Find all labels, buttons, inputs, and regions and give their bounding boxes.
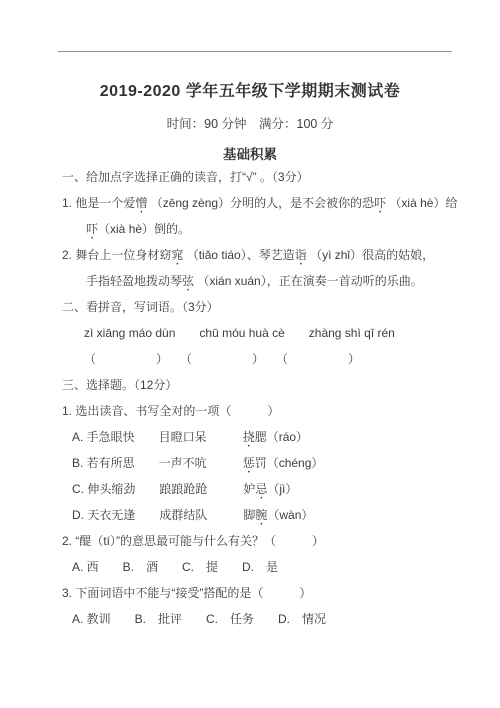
- page-title: 2019-2020 学年五年级下学期期末测试卷: [0, 78, 500, 101]
- text-segment: 手指轻盈地拨动琴: [86, 274, 182, 288]
- exam-meta: 时间：90 分钟 满分：100 分: [0, 114, 500, 132]
- text-segment: 2. 舞台上一位身材窈: [62, 248, 171, 262]
- emphasized-char: 挠: [243, 430, 255, 444]
- text-segment: A. 教训 B. 批评 C. 任务 D. 情况: [72, 612, 326, 626]
- text-segment: （ ） （ ） （ ）: [84, 352, 360, 366]
- q2-line-1: 2. 舞台上一位身材窈窕 （tiǎo tiáo）、琴艺造诣 （yì zhǐ）很高…: [0, 242, 500, 268]
- emphasized-char: 惩: [243, 456, 255, 470]
- text-segment: zì xiāng máo dùn chū móu huà cè zhàng sh…: [84, 326, 395, 340]
- text-segment: D. 天衣无逢 成群结队 脚: [72, 508, 255, 522]
- text-segment: A. 西 B. 酒 C. 提 D. 是: [72, 560, 278, 574]
- emphasized-char: 吓: [374, 196, 386, 210]
- text-segment: 罚（chéng）: [255, 456, 324, 470]
- text-segment: （xián xuán），正在演奏一首动听的乐曲。: [194, 274, 423, 288]
- mc1-option-a: A. 手急眼快 目瞪口呆 挠腮（ráo）: [0, 424, 500, 450]
- mc1-option-c: C. 伸头缩劲 踉踉跄跄 妒忌（jì）: [0, 476, 500, 502]
- text-segment: （xià hè）给: [386, 196, 457, 210]
- exam-body: 一、给加点字选择正确的读音，打“√” 。（3分）1. 他是一个爱憎 （zēng …: [0, 164, 500, 632]
- pinyin-row: zì xiāng máo dùn chū móu huà cè zhàng sh…: [0, 320, 500, 346]
- q1-line-2: 吓（xià hè）倒的。: [0, 216, 500, 242]
- text-segment: 三、选择题。（12分）: [62, 378, 177, 392]
- text-segment: （zēng zèng）分明的人，是不会被你的恐: [147, 196, 374, 210]
- q1-line-1: 1. 他是一个爱憎 （zēng zèng）分明的人，是不会被你的恐吓 （xià …: [0, 190, 500, 216]
- emphasized-char: 窕: [171, 248, 183, 262]
- text-segment: C. 伸头缩劲 踉踉跄跄 妒: [72, 482, 255, 496]
- section2-heading: 二、看拼音，写词语。（3分）: [0, 294, 500, 320]
- mc3-question: 3. 下面词语中不能与“接受”搭配的是（ ）: [0, 580, 500, 606]
- q2-line-2: 手指轻盈地拨动琴弦 （xián xuán），正在演奏一首动听的乐曲。: [0, 268, 500, 294]
- text-segment: （tiǎo tiáo）、琴艺造: [183, 248, 294, 262]
- emphasized-char: 吓: [86, 222, 98, 236]
- section3-heading: 三、选择题。（12分）: [0, 372, 500, 398]
- section1-heading: 一、给加点字选择正确的读音，打“√” 。（3分）: [0, 164, 500, 190]
- answer-brackets-row: （ ） （ ） （ ）: [0, 346, 500, 372]
- text-segment: 2. “醍（tí）”的意思最可能与什么有关？（ ）: [62, 534, 324, 548]
- mc1-option-b: B. 若有所思 一声不吭 惩罚（chéng）: [0, 450, 500, 476]
- text-segment: A. 手急眼快 目瞪口呆: [72, 430, 243, 444]
- text-segment: （xià hè）倒的。: [98, 222, 190, 236]
- text-segment: （wàn）: [267, 508, 313, 522]
- mc3-options: A. 教训 B. 批评 C. 任务 D. 情况: [0, 606, 500, 632]
- text-segment: 腮（ráo）: [255, 430, 308, 444]
- text-segment: 1. 他是一个爱: [62, 196, 135, 210]
- emphasized-char: 憎: [135, 196, 147, 210]
- mc1-question: 1. 选出读音、书写全对的一项（ ）: [0, 398, 500, 424]
- emphasized-char: 忌: [255, 482, 267, 496]
- section-title: 基础积累: [0, 143, 500, 163]
- emphasized-char: 诣: [295, 248, 307, 262]
- mc2-options: A. 西 B. 酒 C. 提 D. 是: [0, 554, 500, 580]
- emphasized-char: 弦: [182, 274, 194, 288]
- text-segment: B. 若有所思 一声不吭: [72, 456, 243, 470]
- text-segment: 3. 下面词语中不能与“接受”搭配的是（ ）: [62, 586, 311, 600]
- header-rule: [58, 51, 452, 52]
- text-segment: （yì zhǐ）很高的姑娘，: [307, 248, 434, 262]
- text-segment: 二、看拼音，写词语。（3分）: [62, 300, 219, 314]
- text-segment: 1. 选出读音、书写全对的一项（ ）: [62, 404, 279, 418]
- text-segment: （jì）: [267, 482, 297, 496]
- exam-page: 2019-2020 学年五年级下学期期末测试卷 时间：90 分钟 满分：100 …: [0, 0, 500, 708]
- mc2-question: 2. “醍（tí）”的意思最可能与什么有关？（ ）: [0, 528, 500, 554]
- text-segment: 一、给加点字选择正确的读音，打“√” 。（3分）: [62, 170, 309, 184]
- emphasized-char: 腕: [255, 508, 267, 522]
- mc1-option-d: D. 天衣无逢 成群结队 脚腕（wàn）: [0, 502, 500, 528]
